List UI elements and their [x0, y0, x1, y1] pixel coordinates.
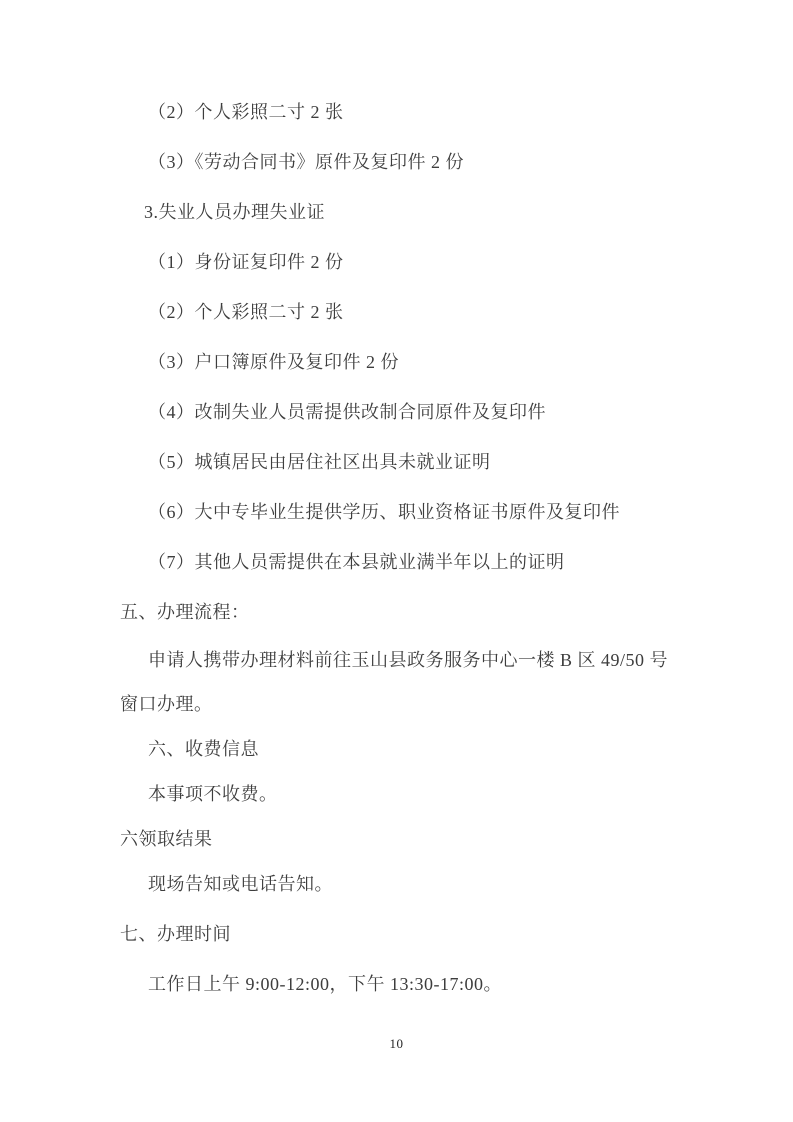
paragraph-line: （2）个人彩照二寸 2 张 [148, 300, 344, 324]
paragraph-line: （4）改制失业人员需提供改制合同原件及复印件 [148, 400, 546, 424]
paragraph-line: 本事项不收费。 [148, 782, 278, 806]
paragraph-line: （3）户口簿原件及复印件 2 份 [148, 350, 399, 374]
paragraph-line: （6）大中专毕业生提供学历、职业资格证书原件及复印件 [148, 500, 620, 524]
section-heading: 六、收费信息 [148, 737, 259, 761]
section-heading: 七、办理时间 [120, 922, 231, 946]
paragraph-line: （3）《劳动合同书》原件及复印件 2 份 [148, 150, 464, 174]
paragraph-line: （5）城镇居民由居住社区出具未就业证明 [148, 450, 491, 474]
page-number: 10 [0, 1036, 793, 1052]
section-heading: 五、办理流程： [120, 600, 250, 624]
section-heading: 六领取结果 [120, 827, 213, 851]
paragraph-line: （1）身份证复印件 2 份 [148, 250, 344, 274]
paragraph-line: 现场告知或电话告知。 [148, 872, 333, 896]
paragraph-line: 工作日上午 9:00-12:00，下午 13:30-17:00。 [148, 972, 502, 996]
paragraph-line: 窗口办理。 [120, 692, 213, 716]
document-page: （2）个人彩照二寸 2 张 （3）《劳动合同书》原件及复印件 2 份 3.失业人… [0, 0, 793, 1122]
paragraph-line: 申请人携带办理材料前往玉山县政务服务中心一楼 B 区 49/50 号 [148, 648, 668, 672]
paragraph-line: （2）个人彩照二寸 2 张 [148, 100, 344, 124]
paragraph-line: 3.失业人员办理失业证 [144, 200, 325, 224]
paragraph-line: （7）其他人员需提供在本县就业满半年以上的证明 [148, 550, 565, 574]
